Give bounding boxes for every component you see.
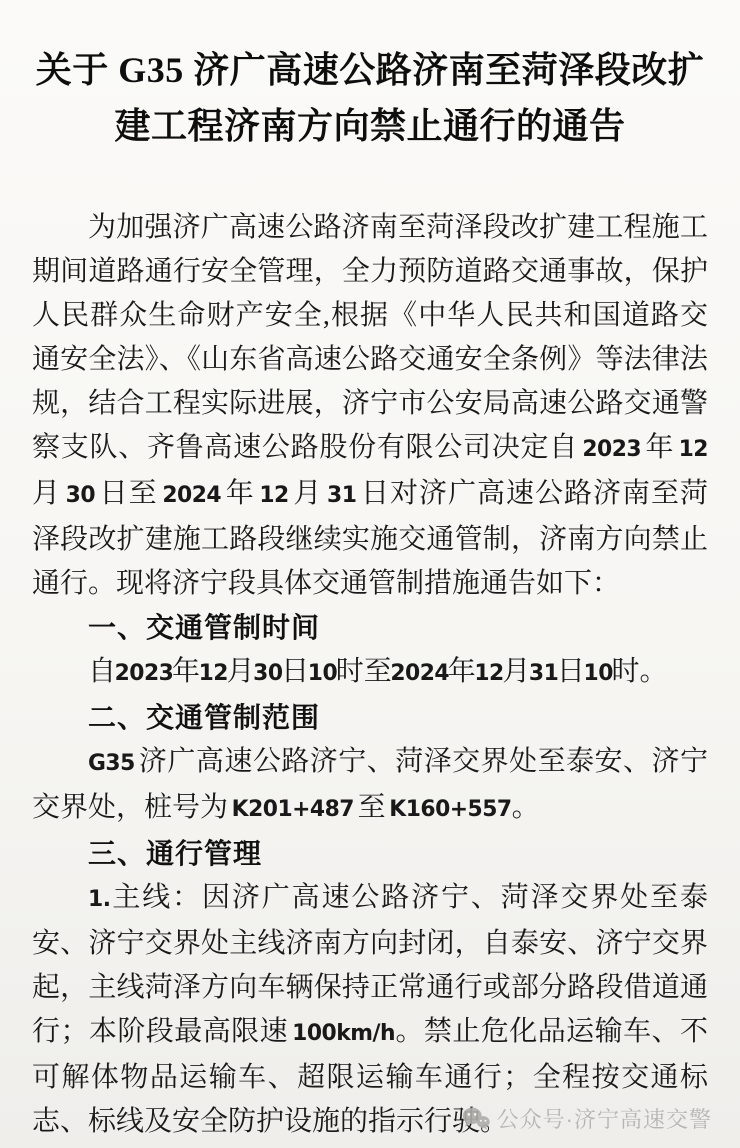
notice-paragraph: 为加强济广高速公路济南至菏泽段改扩建工程施工期间道路通行安全管理，全力预防道路交… [32,206,708,606]
notice-paragraph: G35 济广高速公路济宁、菏泽交界处至泰安、济宁交界处，桩号为 K201+487… [32,740,708,832]
section-heading: 二、交通管制范围 [32,696,708,740]
section-heading: 一、交通管制时间 [32,606,708,650]
notice-page: 关于 G35 济广高速公路济南至菏泽段改扩 建工程济南方向禁止通行的通告 为加强… [0,0,740,1148]
notice-title: 关于 G35 济广高速公路济南至菏泽段改扩 建工程济南方向禁止通行的通告 [32,42,708,154]
section-heading: 三、通行管理 [32,832,708,876]
notice-body: 为加强济广高速公路济南至菏泽段改扩建工程施工期间道路通行安全管理，全力预防道路交… [32,206,708,1144]
notice-title-line-1: 关于 G35 济广高速公路济南至菏泽段改扩 [32,42,708,98]
notice-title-line-2: 建工程济南方向禁止通行的通告 [32,98,708,154]
watermark-text: 公众号·济宁高速交警 [497,1103,712,1134]
watermark: 公众号·济宁高速交警 [462,1103,712,1134]
notice-paragraph: 自 2023 年 12 月 30 日 10 时至 2024 年 12 月 31 … [32,650,708,696]
wechat-bubbles-icon [462,1107,490,1130]
